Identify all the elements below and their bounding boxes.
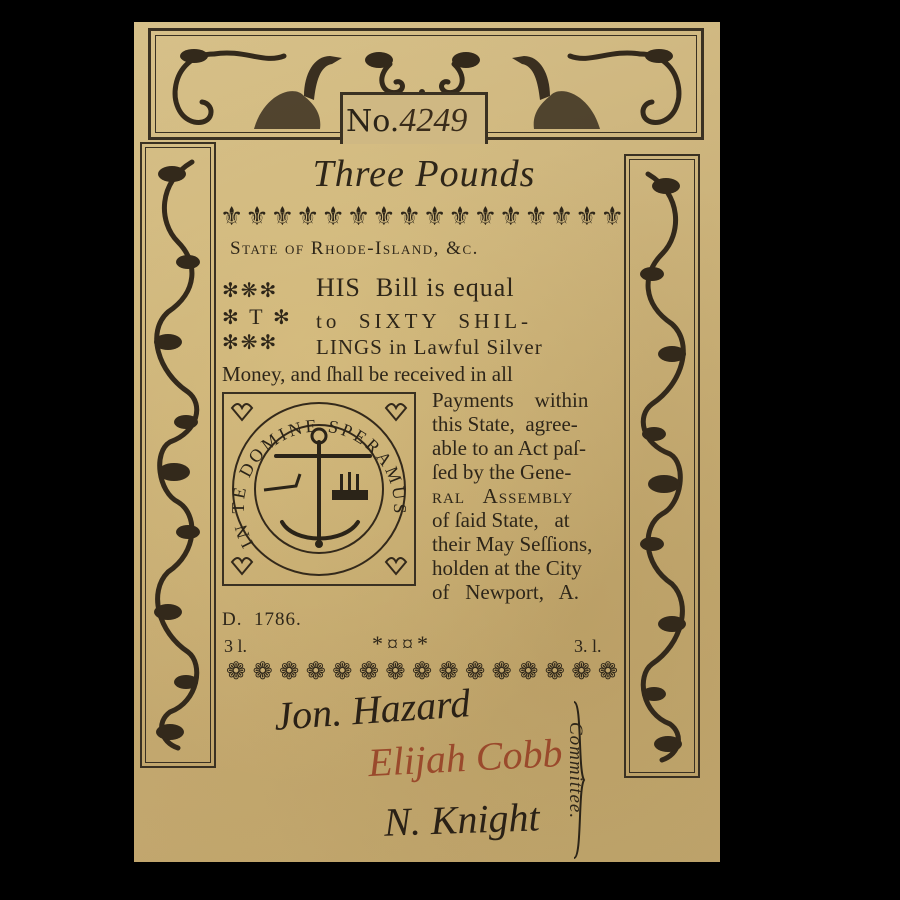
body-right-line: this State, agree-	[432, 412, 622, 436]
body-right-line: their May Seſſions,	[432, 532, 622, 556]
fleur-de-lis-border-icon: ⚜⚜⚜⚜⚜⚜⚜⚜ ⚜⚜⚜⚜⚜⚜⚜⚜	[220, 202, 624, 232]
body-right-line: Payments within	[432, 388, 622, 412]
currency-note: No.4249 Three Pounds ⚜⚜⚜⚜⚜⚜⚜⚜	[134, 22, 720, 862]
right-vine-ornament-icon	[632, 164, 692, 768]
dropcap-star-row-icon: ✻❋✻	[222, 330, 306, 354]
issue-date: D. 1786.	[222, 608, 302, 632]
body-right-line: of Newport, A.	[432, 580, 622, 604]
issuer-line: State of Rhode-Island, &c.	[230, 238, 479, 260]
serial-value: 4249	[399, 102, 467, 139]
dropcap-ornament: ✻❋✻ ✻ T ✻ ✻❋✻	[222, 278, 306, 358]
body-right-column: Payments within this State, agree- able …	[432, 388, 622, 604]
denomination-title: Three Pounds	[284, 152, 564, 196]
dropcap-letter: T	[249, 304, 262, 329]
body-right-line: ſed by the Gene-	[432, 460, 622, 484]
body-line-2: to SIXTY SHIL-	[316, 309, 532, 333]
committee-label: Committee.	[564, 722, 586, 819]
signature-hazard: Jon. Hazard	[273, 679, 472, 740]
left-vine-ornament-icon	[148, 152, 208, 758]
serial-prefix: No.	[346, 104, 399, 139]
value-left: 3 l.	[224, 634, 247, 658]
body-line-3: LINGS in Lawful Silver	[316, 335, 543, 359]
body-line-4: Money, and ſhall be received in all	[222, 362, 513, 386]
anchor-seal-icon: IN TE DOMINE SPERAMUS	[224, 394, 414, 584]
body-right-line: of ſaid State, at	[432, 508, 622, 532]
body-right-line: ral Assembly	[432, 484, 622, 508]
signature-knight: N. Knight	[383, 793, 540, 845]
body-line-1: HIS Bill is equal	[316, 276, 515, 300]
body-right-line: able to an Act paſ-	[432, 436, 622, 460]
serial-number: No.4249	[346, 102, 467, 140]
center-ornament-icon: *¤¤*	[372, 632, 432, 656]
value-right: 3. l.	[574, 634, 602, 658]
dropcap-star-icon: ✻	[273, 305, 290, 329]
dropcap-star-row-icon: ✻❋✻	[222, 278, 306, 302]
signature-cobb: Elijah Cobb	[367, 729, 564, 786]
anchor-seal: IN TE DOMINE SPERAMUS	[222, 392, 416, 586]
dropcap-star-icon: ✻	[222, 305, 239, 329]
body-right-line: holden at the City	[432, 556, 622, 580]
